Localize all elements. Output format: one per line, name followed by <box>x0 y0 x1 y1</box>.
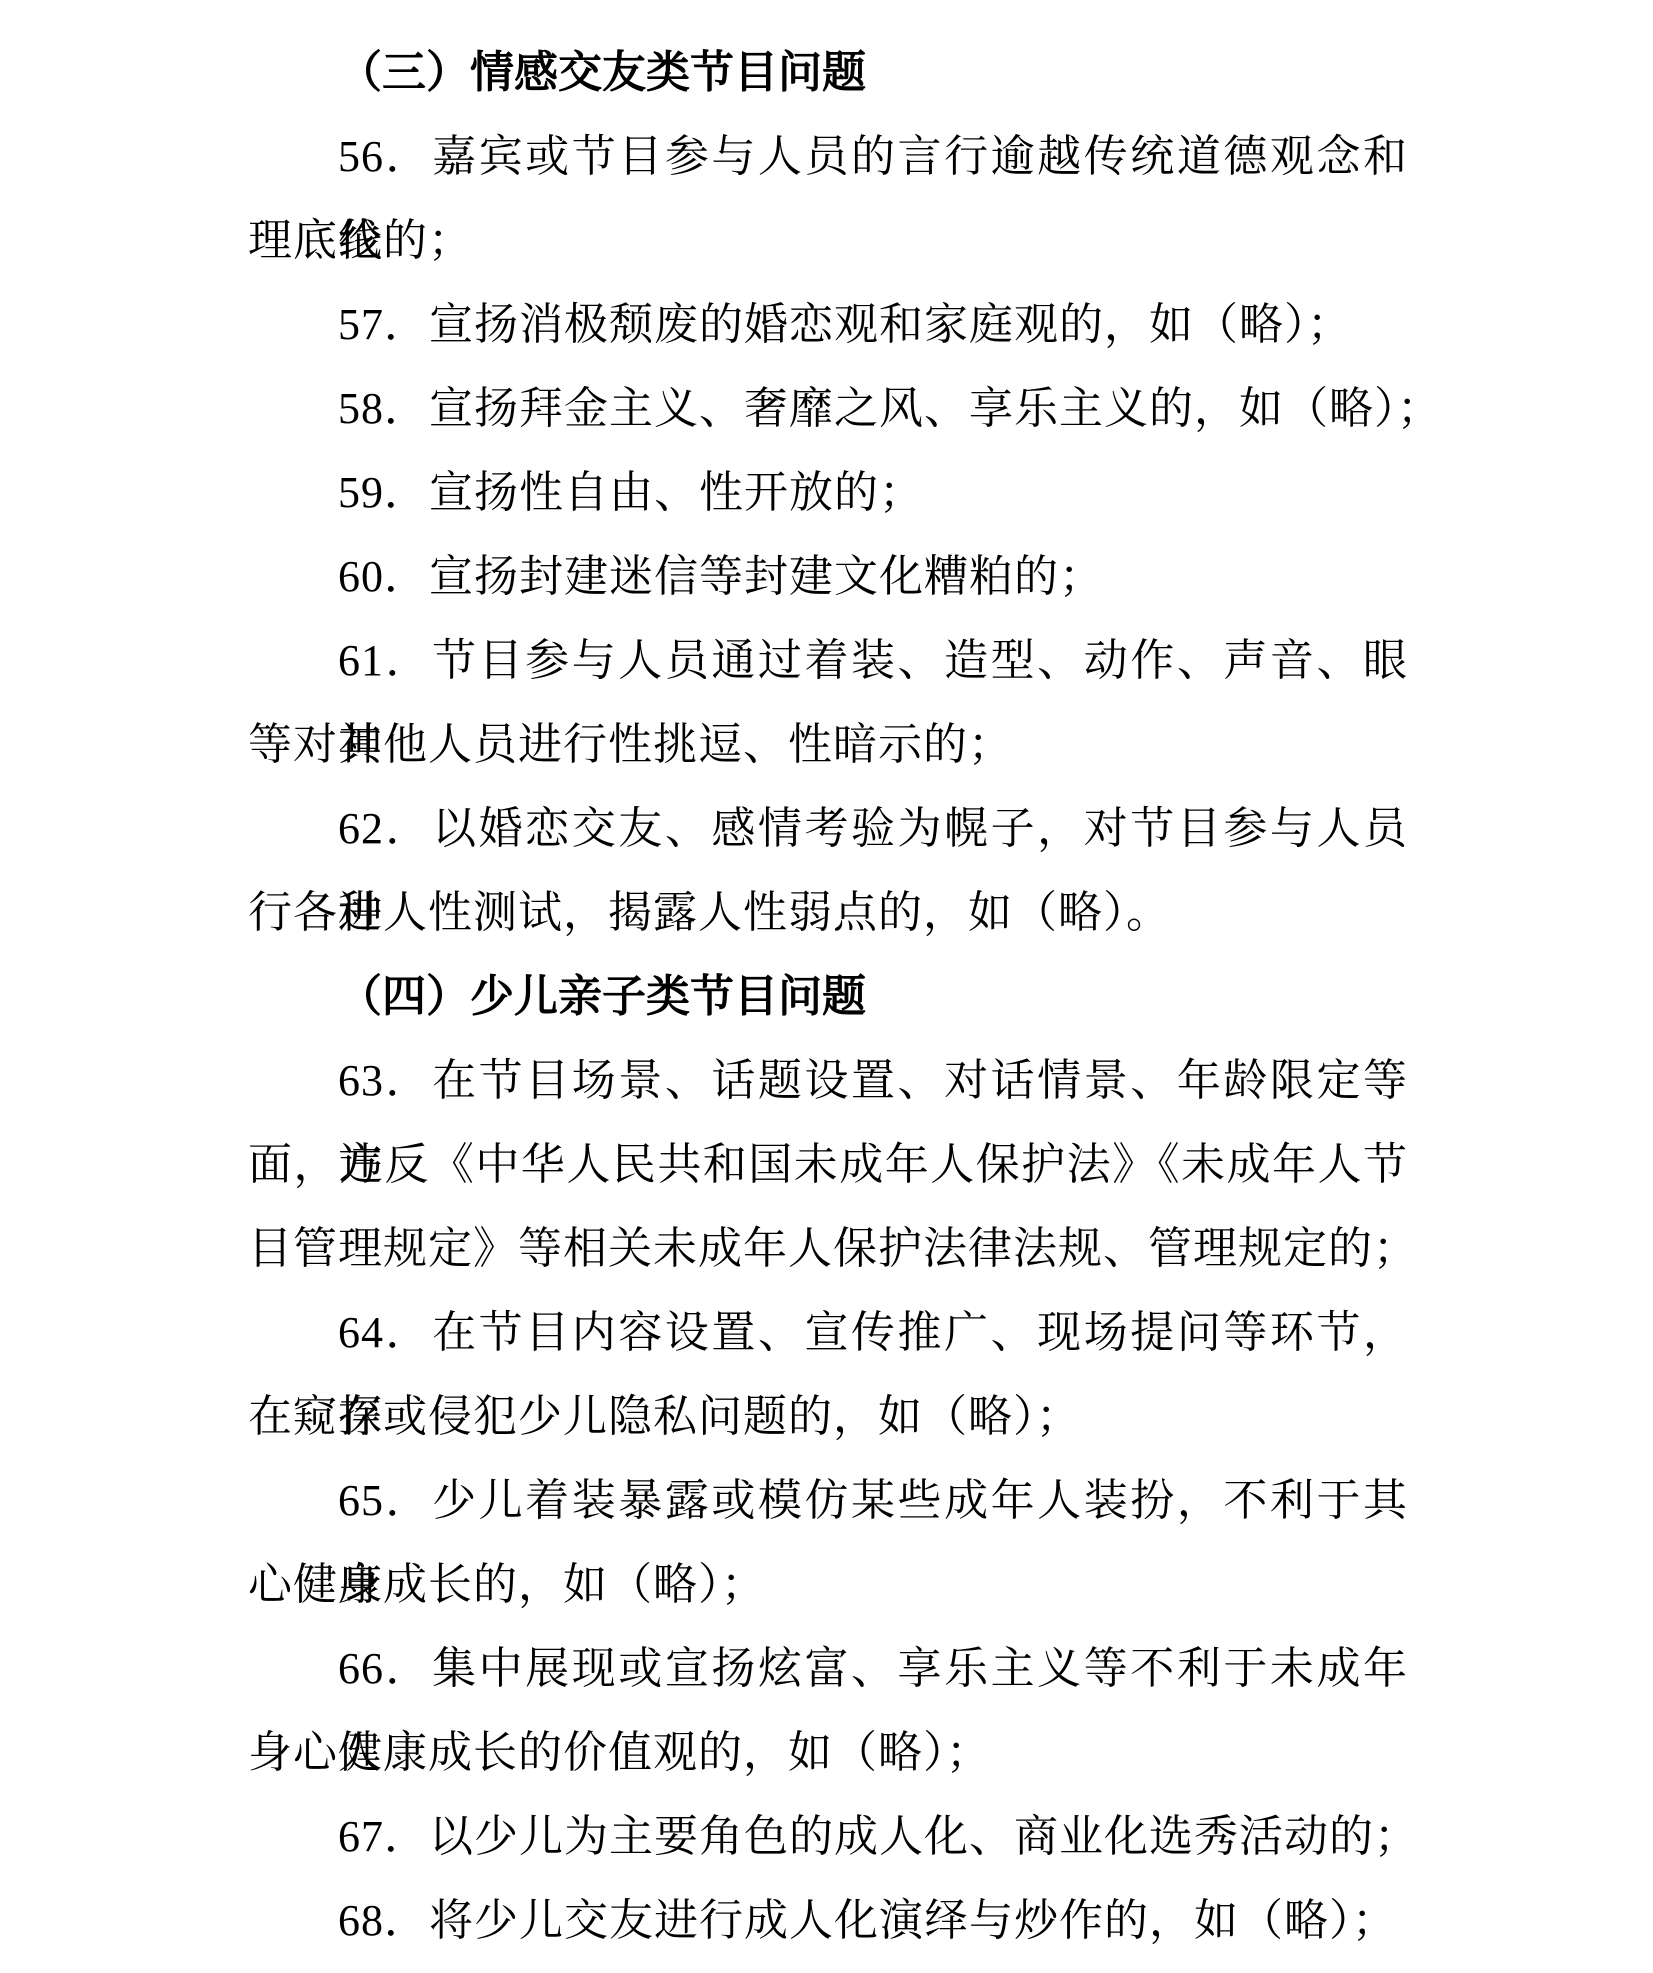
document-text-block: （三）情感交友类节目问题56．嘉宾或节目参与人员的言行逾越传统道德观念和伦理底线… <box>248 31 1408 1963</box>
item-64-line-2: 在窥探或侵犯少儿隐私问题的，如（略）； <box>248 1375 1408 1459</box>
item-63-line-1: 63．在节目场景、话题设置、对话情景、年龄限定等方 <box>248 1039 1408 1123</box>
item-62-line-1: 62．以婚恋交友、感情考验为幌子，对节目参与人员进 <box>248 787 1408 871</box>
item-66-line-2: 身心健康成长的价值观的，如（略）； <box>248 1711 1408 1795</box>
item-62-line-2: 行各种人性测试，揭露人性弱点的，如（略）。 <box>248 871 1408 955</box>
item-67-line-1: 67．以少儿为主要角色的成人化、商业化选秀活动的； <box>248 1795 1408 1879</box>
item-60-line-1: 60．宣扬封建迷信等封建文化糟粕的； <box>248 535 1408 619</box>
item-65-line-1: 65．少儿着装暴露或模仿某些成年人装扮，不利于其身 <box>248 1459 1408 1543</box>
item-66-line-1: 66．集中展现或宣扬炫富、享乐主义等不利于未成年人 <box>248 1627 1408 1711</box>
item-56-line-2: 理底线的； <box>248 199 1408 283</box>
item-57-line-1: 57．宣扬消极颓废的婚恋观和家庭观的，如（略）； <box>248 283 1408 367</box>
item-68-line-1: 68．将少儿交友进行成人化演绎与炒作的，如（略）； <box>248 1879 1408 1963</box>
item-61-line-2: 等对其他人员进行性挑逗、性暗示的； <box>248 703 1408 787</box>
item-65-line-2: 心健康成长的，如（略）； <box>248 1543 1408 1627</box>
item-63-line-2: 面，违反《中华人民共和国未成年人保护法》《未成年人节 <box>248 1123 1408 1207</box>
section-heading: （三）情感交友类节目问题 <box>248 31 1408 115</box>
document-page: （三）情感交友类节目问题56．嘉宾或节目参与人员的言行逾越传统道德观念和伦理底线… <box>0 0 1653 1973</box>
item-58-line-1: 58．宣扬拜金主义、奢靡之风、享乐主义的，如（略）； <box>248 367 1408 451</box>
item-61-line-1: 61．节目参与人员通过着装、造型、动作、声音、眼神 <box>248 619 1408 703</box>
item-64-line-1: 64．在节目内容设置、宣传推广、现场提问等环节，存 <box>248 1291 1408 1375</box>
item-63-line-3: 目管理规定》等相关未成年人保护法律法规、管理规定的； <box>248 1207 1408 1291</box>
item-59-line-1: 59．宣扬性自由、性开放的； <box>248 451 1408 535</box>
section-heading: （四）少儿亲子类节目问题 <box>248 955 1408 1039</box>
item-56-line-1: 56．嘉宾或节目参与人员的言行逾越传统道德观念和伦 <box>248 115 1408 199</box>
